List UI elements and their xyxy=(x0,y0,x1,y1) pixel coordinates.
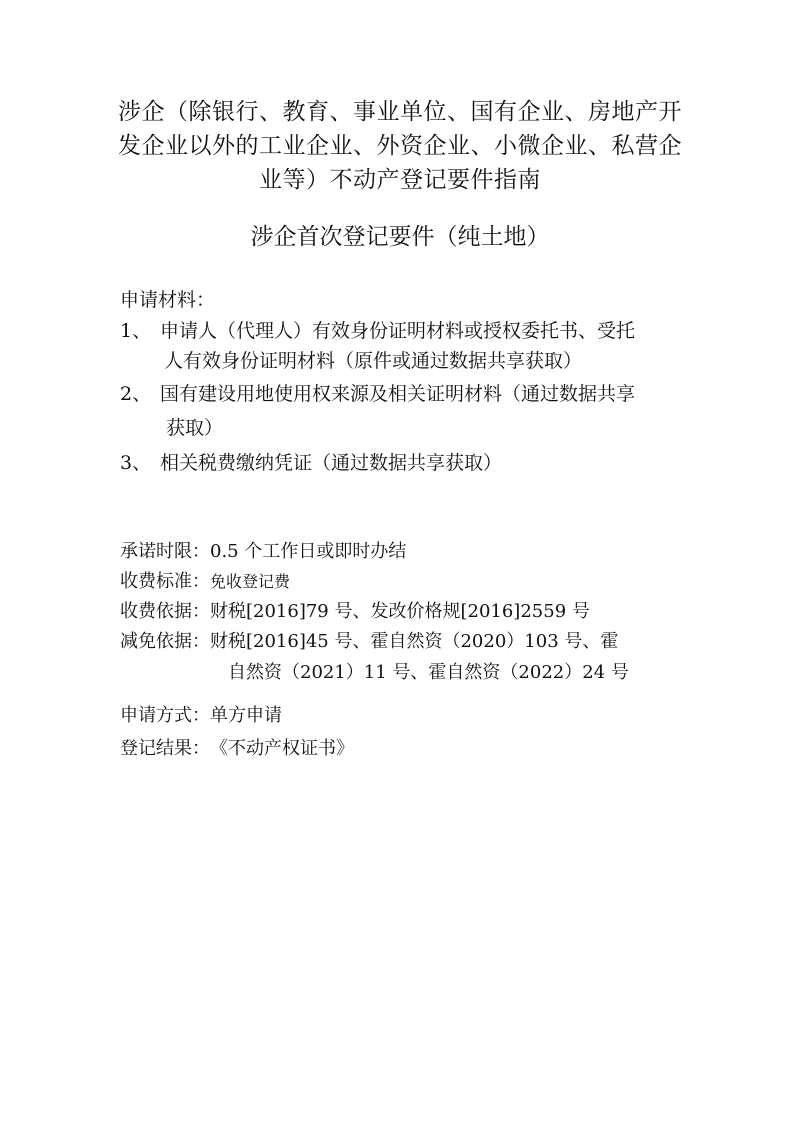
section-subtitle: 涉企首次登记要件（纯土地） xyxy=(100,222,700,252)
field-exemption-basis: 减免依据：财税[2016]45 号、霍自然资（2020）103 号、霍 自然资（… xyxy=(120,628,700,687)
item-text-line1: 申请人（代理人）有效身份证明材料或授权委托书、受托 xyxy=(160,320,635,342)
field-label: 登记结果： xyxy=(120,735,210,763)
field-apply-method: 申请方式：单方申请 xyxy=(120,702,700,730)
field-value: 单方申请 xyxy=(210,705,282,726)
field-time-limit: 承诺时限：0.5 个工作日或即时办结 xyxy=(120,538,700,566)
field-value: 0.5 个工作日或即时办结 xyxy=(210,541,406,562)
item-number: 1、 xyxy=(120,316,160,346)
field-value-line2: 自然资（2021）11 号、霍自然资（2022）24 号 xyxy=(120,659,700,687)
field-fee-basis: 收费依据：财税[2016]79 号、发改价格规[2016]2559 号 xyxy=(120,598,700,626)
field-label: 减免依据： xyxy=(120,628,210,656)
field-label: 承诺时限： xyxy=(120,538,210,566)
field-fee-standard: 收费标准：免收登记费 xyxy=(120,568,700,596)
field-value: 《不动产权证书》 xyxy=(210,738,354,759)
field-result: 登记结果：《不动产权证书》 xyxy=(120,735,700,763)
title-line-2: 发企业以外的工业企业、外资企业、小微企业、私营企 xyxy=(100,129,700,163)
document-title: 涉企（除银行、教育、事业单位、国有企业、房地产开 发企业以外的工业企业、外资企业… xyxy=(100,95,700,197)
material-item-1: 1、申请人（代理人）有效身份证明材料或授权委托书、受托 人有效身份证明材料（原件… xyxy=(120,316,700,376)
title-line-3: 业等）不动产登记要件指南 xyxy=(100,163,700,197)
field-value-line1: 财税[2016]45 号、霍自然资（2020）103 号、霍 xyxy=(210,631,618,652)
field-label: 申请方式： xyxy=(120,702,210,730)
field-label: 收费标准： xyxy=(120,568,210,596)
material-item-2: 2、国有建设用地使用权来源及相关证明材料（通过数据共享 获取） xyxy=(120,379,700,443)
field-label: 收费依据： xyxy=(120,598,210,626)
item-number: 2、 xyxy=(120,379,160,409)
field-value: 财税[2016]79 号、发改价格规[2016]2559 号 xyxy=(210,601,590,622)
document-page: 涉企（除银行、教育、事业单位、国有企业、房地产开 发企业以外的工业企业、外资企业… xyxy=(0,0,793,1122)
item-text-line1: 相关税费缴纳凭证（通过数据共享获取） xyxy=(160,452,502,474)
item-text-line2: 获取） xyxy=(120,413,700,443)
field-value: 免收登记费 xyxy=(210,572,290,591)
item-number: 3、 xyxy=(120,448,160,478)
item-text-line2: 人有效身份证明材料（原件或通过数据共享获取） xyxy=(120,346,700,376)
title-line-1: 涉企（除银行、教育、事业单位、国有企业、房地产开 xyxy=(100,95,700,129)
item-text-line1: 国有建设用地使用权来源及相关证明材料（通过数据共享 xyxy=(160,383,635,405)
materials-heading: 申请材料： xyxy=(120,287,215,313)
material-item-3: 3、相关税费缴纳凭证（通过数据共享获取） xyxy=(120,448,700,478)
